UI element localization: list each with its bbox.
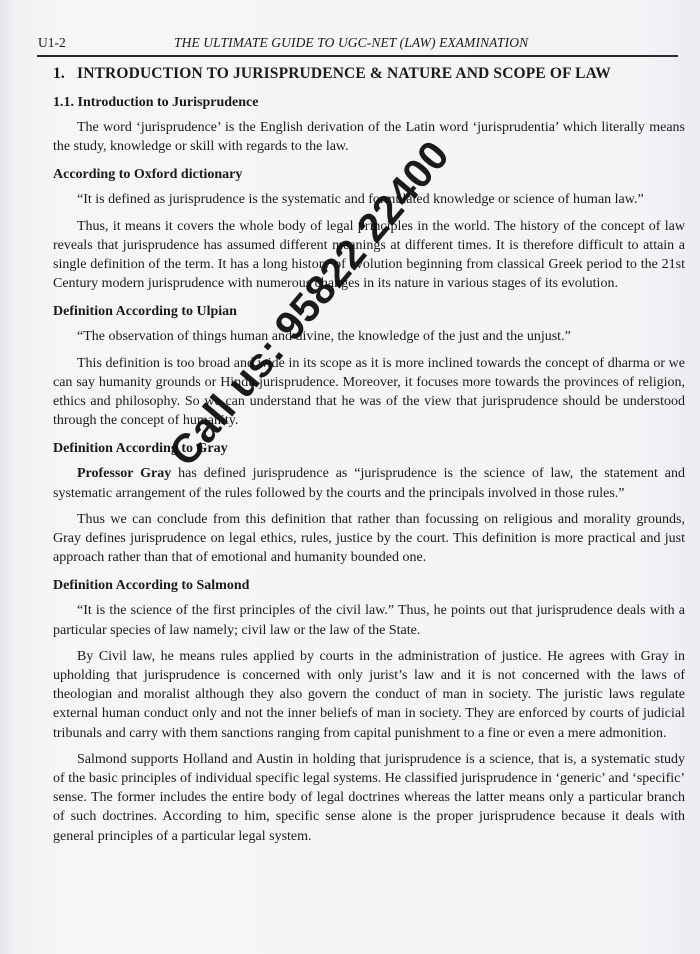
section-heading-ulpian: Definition According to Ulpian bbox=[53, 302, 685, 322]
paragraph: The word ‘jurisprudence’ is the English … bbox=[53, 118, 685, 156]
bold-lead: Professor Gray bbox=[77, 466, 171, 481]
chapter-title-text: INTRODUCTION TO JURISPRUDENCE & NATURE A… bbox=[77, 65, 611, 82]
paragraph: “The observation of things human and div… bbox=[53, 327, 685, 346]
paragraph: Thus we can conclude from this definitio… bbox=[53, 510, 685, 568]
paragraph: Professor Gray has defined jurisprudence… bbox=[53, 464, 685, 502]
paragraph: Salmond supports Holland and Austin in h… bbox=[53, 750, 685, 846]
chapter-number: 1. bbox=[53, 63, 73, 85]
section-heading-introduction: 1.1. Introduction to Jurisprudence bbox=[53, 93, 685, 113]
header-rule bbox=[37, 55, 678, 57]
book-title: THE ULTIMATE GUIDE TO UGC-NET (LAW) EXAM… bbox=[174, 35, 528, 51]
page-content: 1. INTRODUCTION TO JURISPRUDENCE & NATUR… bbox=[53, 63, 685, 846]
paragraph: “It is the science of the first principl… bbox=[53, 601, 685, 639]
paragraph: This definition is too broad and wide in… bbox=[53, 354, 685, 431]
section-heading-gray: Definition According to Gray bbox=[53, 439, 685, 459]
paragraph: By Civil law, he means rules applied by … bbox=[53, 647, 685, 743]
section-heading-oxford: According to Oxford dictionary bbox=[53, 165, 685, 185]
book-page: U1-2 THE ULTIMATE GUIDE TO UGC-NET (LAW)… bbox=[0, 0, 700, 954]
section-heading-salmond: Definition According to Salmond bbox=[53, 576, 685, 596]
chapter-title: 1. INTRODUCTION TO JURISPRUDENCE & NATUR… bbox=[53, 63, 685, 85]
page-number: U1-2 bbox=[38, 35, 66, 51]
